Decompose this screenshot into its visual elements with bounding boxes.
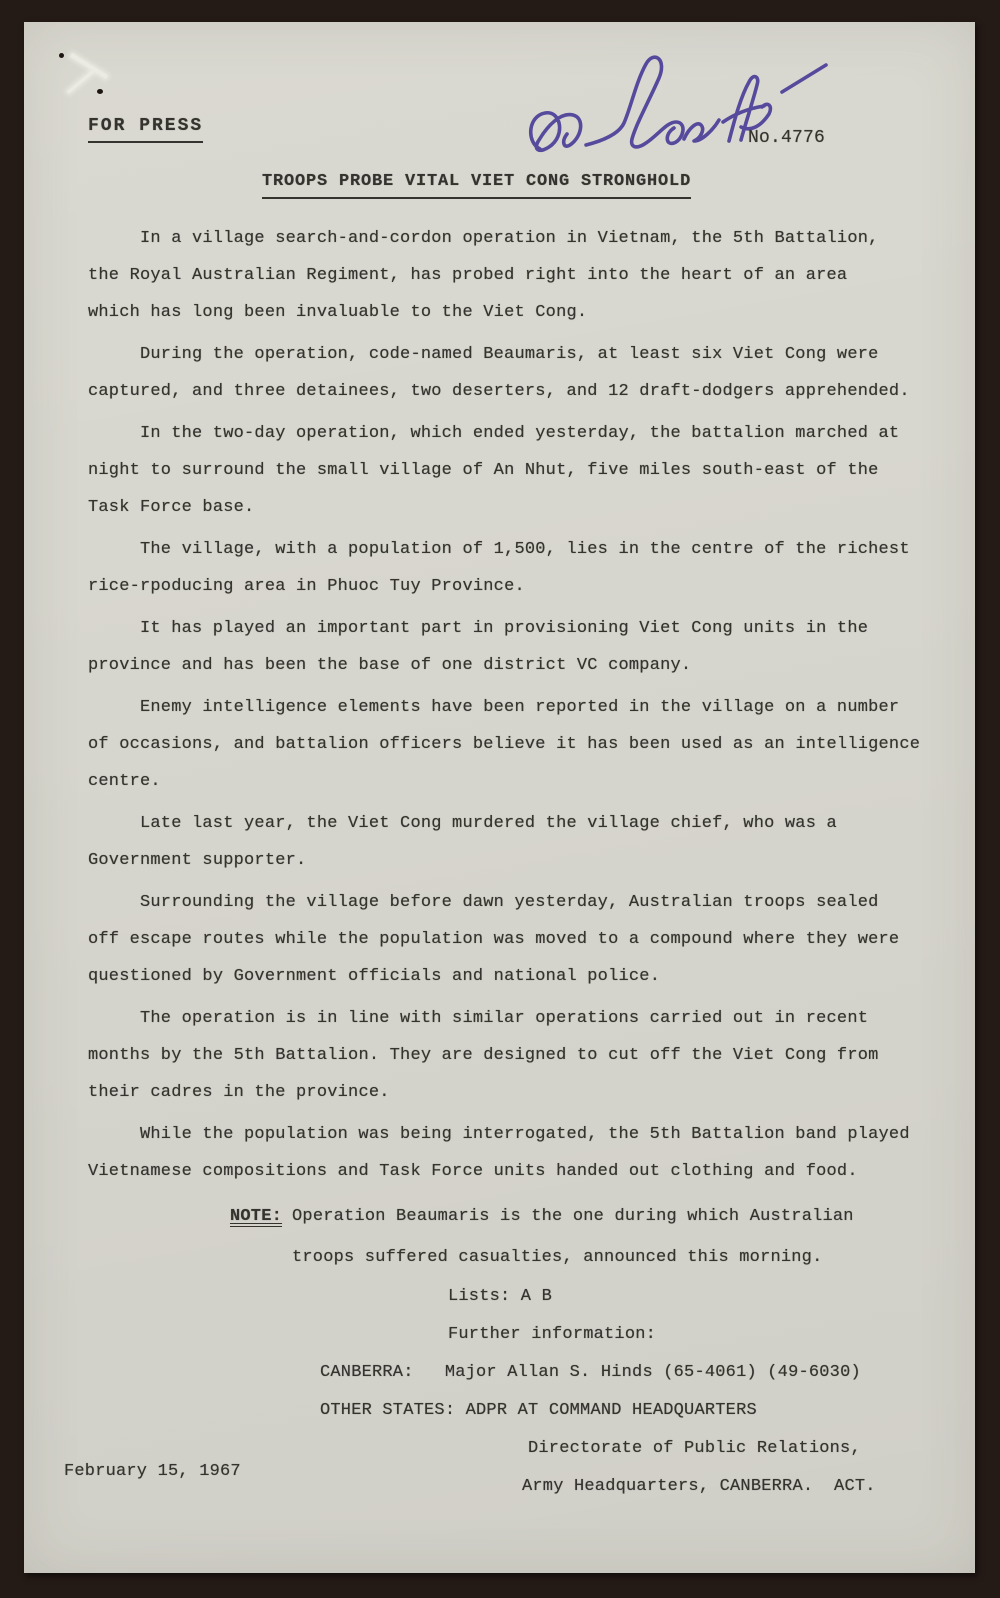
body-line: Enemy intelligence elements have been re… (88, 689, 948, 726)
body-line: In a village search-and-cordon operation… (88, 220, 948, 257)
note-line: troops suffered casualties, announced th… (292, 1237, 948, 1278)
note-label: NOTE: (230, 1207, 282, 1226)
paragraph: In a village search-and-cordon operation… (88, 220, 948, 331)
body-line: months by the 5th Battalion. They are de… (88, 1037, 948, 1074)
body-line: centre. (88, 763, 948, 800)
body-line: their cadres in the province. (88, 1074, 948, 1111)
body-line: rice-rpoducing area in Phuoc Tuy Provinc… (88, 568, 948, 605)
paragraph: The operation is in line with similar op… (88, 1000, 948, 1111)
body-line: which has long been invaluable to the Vi… (88, 294, 948, 331)
date-line: February 15, 1967 (64, 1462, 241, 1481)
lists-line: Lists: A B (448, 1278, 948, 1316)
paper-speck (97, 89, 103, 94)
note-section: NOTE:Operation Beaumaris is the one duri… (88, 1196, 948, 1278)
body-line: province and has been the base of one di… (88, 647, 948, 684)
for-press-label: FOR PRESS (88, 116, 203, 143)
body-line: captured, and three detainees, two deser… (88, 373, 948, 410)
body-line: questioned by Government officials and n… (88, 958, 948, 995)
paragraph: It has played an important part in provi… (88, 610, 948, 684)
body-line: Vietnamese compositions and Task Force u… (88, 1153, 948, 1190)
scanned-press-release: { "colors": { "scan_background": "#241a1… (0, 0, 1000, 1598)
body-line: Surrounding the village before dawn yest… (88, 884, 948, 921)
body-line: In the two-day operation, which ended ye… (88, 415, 948, 452)
directorate-line: Directorate of Public Relations, (528, 1430, 948, 1468)
further-information-line: Further information: (448, 1316, 948, 1354)
army-headquarters-line: Army Headquarters, CANBERRA. ACT. (522, 1468, 948, 1506)
document-page: FOR PRESS No.4776 TROOPS PROBE VITAL VIE… (24, 22, 975, 1573)
paragraph: During the operation, code-named Beaumar… (88, 336, 948, 410)
body-line: of occasions, and battalion officers bel… (88, 726, 948, 763)
body-line: off escape routes while the population w… (88, 921, 948, 958)
paragraph: Surrounding the village before dawn yest… (88, 884, 948, 995)
paragraph: In the two-day operation, which ended ye… (88, 415, 948, 526)
paper-crease (67, 69, 95, 93)
body-line: It has played an important part in provi… (88, 610, 948, 647)
page-title: TROOPS PROBE VITAL VIET CONG STRONGHOLD (262, 172, 691, 199)
handwritten-signature (524, 52, 834, 172)
body-text: In a village search-and-cordon operation… (88, 220, 948, 1506)
body-line: the Royal Australian Regiment, has probe… (88, 257, 948, 294)
body-line: While the population was being interroga… (88, 1116, 948, 1153)
body-line: The operation is in line with similar op… (88, 1000, 948, 1037)
body-line: night to surround the small village of A… (88, 452, 948, 489)
body-line: During the operation, code-named Beaumar… (88, 336, 948, 373)
body-line: Late last year, the Viet Cong murdered t… (88, 805, 948, 842)
canberra-contact-line: CANBERRA: Major Allan S. Hinds (65-4061)… (320, 1354, 948, 1392)
body-line: The village, with a population of 1,500,… (88, 531, 948, 568)
note-text: Operation Beaumaris is the one during wh… (292, 1207, 854, 1226)
body-line: Government supporter. (88, 842, 948, 879)
paragraph: The village, with a population of 1,500,… (88, 531, 948, 605)
paragraph: Enemy intelligence elements have been re… (88, 689, 948, 800)
note-line: NOTE:Operation Beaumaris is the one duri… (230, 1196, 948, 1237)
other-states-line: OTHER STATES: ADPR AT COMMAND HEADQUARTE… (320, 1392, 948, 1430)
document-number: No.4776 (748, 128, 825, 148)
paragraph: While the population was being interroga… (88, 1116, 948, 1190)
paragraph: Late last year, the Viet Cong murdered t… (88, 805, 948, 879)
paper-speck (59, 53, 64, 58)
body-line: Task Force base. (88, 489, 948, 526)
